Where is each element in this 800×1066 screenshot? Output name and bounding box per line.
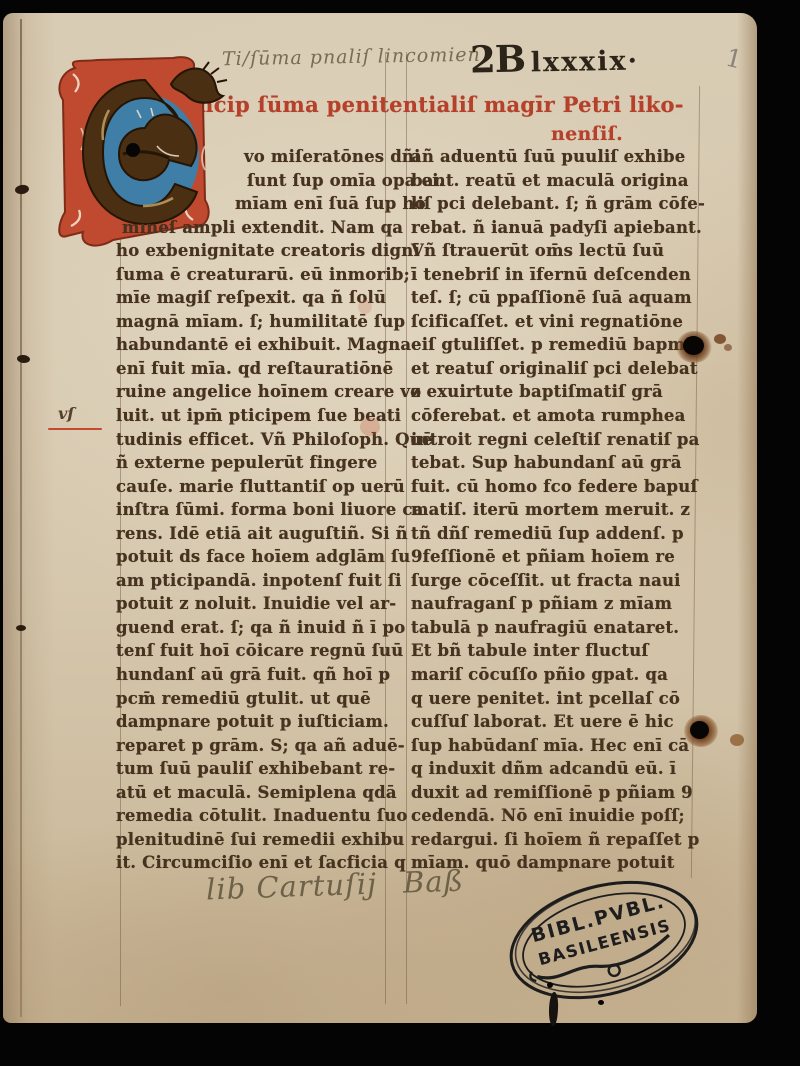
text-line: rens. Idē etiā ait auguſtiñ. Si ñ [116,522,388,546]
text-line: teſ. ſ; cū ppaſſionē ſuā aquam [411,286,699,310]
text-line: Vñ ſtrauerūt om̄s lectū ſuū [411,239,699,263]
shelfmark: 2B lxxxix· [470,35,640,82]
text-line: q uere penitet. int pcellaſ cō [411,687,699,711]
text-line: tenſ fuit hoī cōicare regnū ſuū [116,639,388,663]
text-line: tudinis efficet. Vñ Philoſoph. Quē [116,428,388,452]
text-line: introit regni celeſtiſ renatiſ pa [411,428,699,452]
text-line: hundanſ aū grā fuit. qñ hoī p [116,663,388,687]
manuscript-photo: Ti/ſūma pnaliſ lincomien 2B lxxxix· 1 In… [0,0,800,1066]
text-line: tebat. Sup habundanſ aū grā [411,451,699,475]
text-line: mīam enī ſuā ſup ho [116,192,388,216]
text-line: ſurge cōceſſit. ut fracta naui [411,569,699,593]
text-line: 9feſſionē et pñiam hoīem re [411,545,699,569]
text-line: inſtra ſūmi. forma boni liuore ca [116,498,388,522]
text-line: q induxit dñm adcandū eū. ī [411,757,699,781]
gutter-crease [20,19,22,1017]
ex-libris-part1: lib Cartuſij [205,867,377,907]
text-line: ſcificaſſet. et vini regnatiōne [411,310,699,334]
brown-spot [714,334,726,344]
sewing-hole [16,625,26,631]
text-column-left: vo miſeratōnes dñiſunt ſup omīa opa ei.m… [116,145,388,875]
red-smudge [358,300,372,314]
text-line: redargui. ſi hoīem ñ repaſſet p [411,828,699,852]
text-line: mariſ cōcuſſo pñio gpat. qa [411,663,699,687]
text-line: ī tenebriſ in īfernū deſcenden [411,263,699,287]
text-line: cauſe. marie fluttantiſ op uerū [116,475,388,499]
text-line: guend erat. ſ; qa ñ inuid ñ ī po [116,616,388,640]
text-line: ruine angelice hoīnem creare vo [116,380,388,404]
text-line: rebat. ñ ianuā padyſi apiebant. [411,216,699,240]
text-line: plenitudinē ſui remedii exhibu [116,828,388,852]
text-line: ſup habūdanſ mīa. Hec enī cā [411,734,699,758]
text-line: atū et maculā. Semiplena qdā [116,781,388,805]
text-line: matiſ. iterū mortem meruit. z [411,498,699,522]
text-line: pcm̄ remediū gtulit. ut quē [116,687,388,711]
text-column-right: añ aduentū ſuū puuliſ exhibebant. reatū … [411,145,699,875]
text-line: potuit ds face hoīem adglām ſu [116,545,388,569]
text-line: am pticipandā. inpotenſ fuit ſi [116,569,388,593]
text-line: ñ externe pepulerūt fingere [116,451,388,475]
margin-note: vſ [58,404,74,423]
text-line: tñ dñſ remediū ſup addenſ. p [411,522,699,546]
header-annotation: Ti/ſūma pnaliſ lincomien [222,44,481,71]
text-line: vo miſeratōnes dñi [116,145,388,169]
text-line: mīe magiſ reſpexit. qa ñ ſolū [116,286,388,310]
text-line: ſunt ſup omīa opa ei. [116,169,388,193]
text-line: ho exbenignitate creatoris dignī [116,239,388,263]
text-line: potuit z noluit. Inuidie vel ar- [116,592,388,616]
text-line: naufraganſ p pñiam z mīam [411,592,699,616]
ink-speck [547,982,553,988]
burn-hole [690,721,709,739]
text-line: magnā mīam. ſ; humilitatē ſup [116,310,388,334]
text-line: remedia cōtulit. Inaduentu ſuo [116,804,388,828]
margin-note-underline [48,428,102,430]
red-smudge [360,418,380,436]
library-stamp: BIBL.PVBL. BASILEENSIS [500,872,716,1020]
text-line: reparet p grām. S; qa añ aduē- [116,734,388,758]
text-line: Et bñ tabule inter fluctuſ [411,639,699,663]
shelfmark-prefix: 2B [470,37,526,82]
page-edge [737,13,757,1023]
text-line: bant. reatū et maculā origina [411,169,699,193]
text-line: eiſ gtuliſſet. p remediū bapmi [411,333,699,357]
text-line: enī fuit mīa. qd reſtauratiōnē [116,357,388,381]
text-line: añ aduentū ſuū puuliſ exhibe [411,145,699,169]
rubric-line2: nenſiſ. [551,123,623,145]
binding-gutter [3,13,55,1023]
text-line: cōferebat. et amota rumphea [411,404,699,428]
brown-spot [730,734,744,746]
text-line: habundantē ei exhibuit. Magna [116,333,388,357]
text-line: cedendā. Nō enī inuidie poſſ; [411,804,699,828]
text-line: liſ pci delebant. ſ; ñ grām cōfe- [411,192,699,216]
text-line: tum ſuū pauliſ exhibebant re- [116,757,388,781]
text-line: z exuirtute baptiſmatiſ grā [411,380,699,404]
text-line: et reatuſ originaliſ pci delebat [411,357,699,381]
rubric-line1: Incip ſūma penitentialiſ magīr Petri lik… [188,92,684,117]
text-line: ſuma ē creaturarū. eū inmorib; [116,263,388,287]
text-line: cuſſuſ laborat. Et uere ē hic [411,710,699,734]
text-line: fuit. cū homo fco federe bapuſ [411,475,699,499]
text-line: luit. ut ipm̄ pticipem ſue beati [116,404,388,428]
text-line: duxit ad remiſſionē p pñiam 9 [411,781,699,805]
ink-speck [598,1000,604,1005]
text-line: mineſ ampli extendit. Nam qa [116,216,388,240]
shelfmark-number: lxxxix· [530,46,639,79]
burn-hole [683,336,704,355]
text-line: tabulā p naufragiū enataret. [411,616,699,640]
brown-spot [724,344,732,351]
text-line: dampnare potuit p iuſticiam. [116,710,388,734]
ex-libris-part2: Baß [402,864,464,900]
